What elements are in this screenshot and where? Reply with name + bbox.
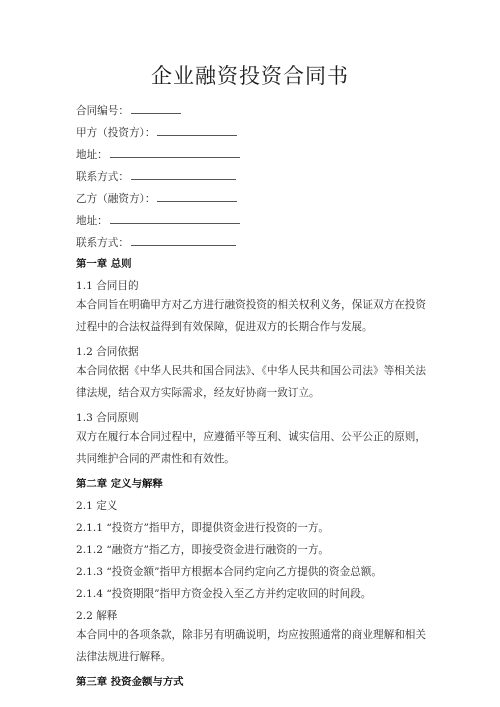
section-2-2-title: 2.2 解释	[76, 609, 117, 623]
section-1-1-text: 本合同旨在明确甲方对乙方进行融资投资的相关权利义务，保证双方在投资过程中的合法权…	[76, 294, 426, 338]
document-title: 企业融资投资合同书	[0, 60, 500, 90]
field-party-b: 乙方（融资方）：	[76, 191, 237, 206]
field-label: 地址：	[76, 215, 108, 227]
field-party-b-contact: 联系方式：	[76, 235, 236, 250]
definition-2-1-2: 2.1.2 “融资方”指乙方，即接受资金进行融资的一方。	[76, 543, 329, 557]
field-contract-number: 合同编号：	[76, 103, 181, 118]
section-1-1-title: 1.1 合同目的	[76, 279, 139, 293]
contract-number-blank[interactable]	[131, 103, 181, 114]
field-party-a-address: 地址：	[76, 147, 240, 162]
party-b-blank[interactable]	[157, 191, 237, 202]
chapter-3-heading: 第三章 投资金额与方式	[76, 675, 184, 689]
party-a-address-blank[interactable]	[110, 147, 240, 158]
party-b-address-blank[interactable]	[110, 213, 240, 224]
section-2-2-text: 本合同中的各项条款，除非另有明确说明，均应按照通常的商业理解和相关法律法规进行解…	[76, 624, 426, 668]
section-2-1-title: 2.1 定义	[76, 499, 117, 513]
field-label: 联系方式：	[76, 237, 129, 249]
field-label: 联系方式：	[76, 171, 129, 183]
section-1-3-title: 1.3 合同原则	[76, 411, 139, 425]
chapter-2-heading: 第二章 定义与解释	[76, 477, 163, 491]
party-a-contact-blank[interactable]	[131, 169, 236, 180]
definition-2-1-4: 2.1.4 “投资期限”指甲方资金投入至乙方并约定收回的时间段。	[76, 587, 371, 601]
section-1-2-title: 1.2 合同依据	[76, 345, 139, 359]
definition-2-1-1: 2.1.1 “投资方”指甲方，即提供资金进行投资的一方。	[76, 521, 329, 535]
field-party-a: 甲方（投资方）：	[76, 125, 237, 140]
definition-2-1-3: 2.1.3 “投资金额”指甲方根据本合同约定向乙方提供的资金总额。	[76, 565, 382, 579]
field-party-b-address: 地址：	[76, 213, 240, 228]
party-a-blank[interactable]	[157, 125, 237, 136]
section-1-3-text: 双方在履行本合同过程中，应遵循平等互利、诚实信用、公平公正的原则，共同维护合同的…	[76, 426, 426, 470]
field-party-a-contact: 联系方式：	[76, 169, 236, 184]
field-label: 乙方（融资方）：	[76, 193, 155, 205]
field-label: 甲方（投资方）：	[76, 127, 155, 139]
section-1-2-text: 本合同依据《中华人民共和国合同法》、《中华人民共和国公司法》等相关法律法规，结合…	[76, 360, 426, 404]
chapter-1-heading: 第一章 总则	[76, 257, 132, 271]
party-b-contact-blank[interactable]	[131, 235, 236, 246]
field-label: 合同编号：	[76, 105, 129, 117]
field-label: 地址：	[76, 149, 108, 161]
